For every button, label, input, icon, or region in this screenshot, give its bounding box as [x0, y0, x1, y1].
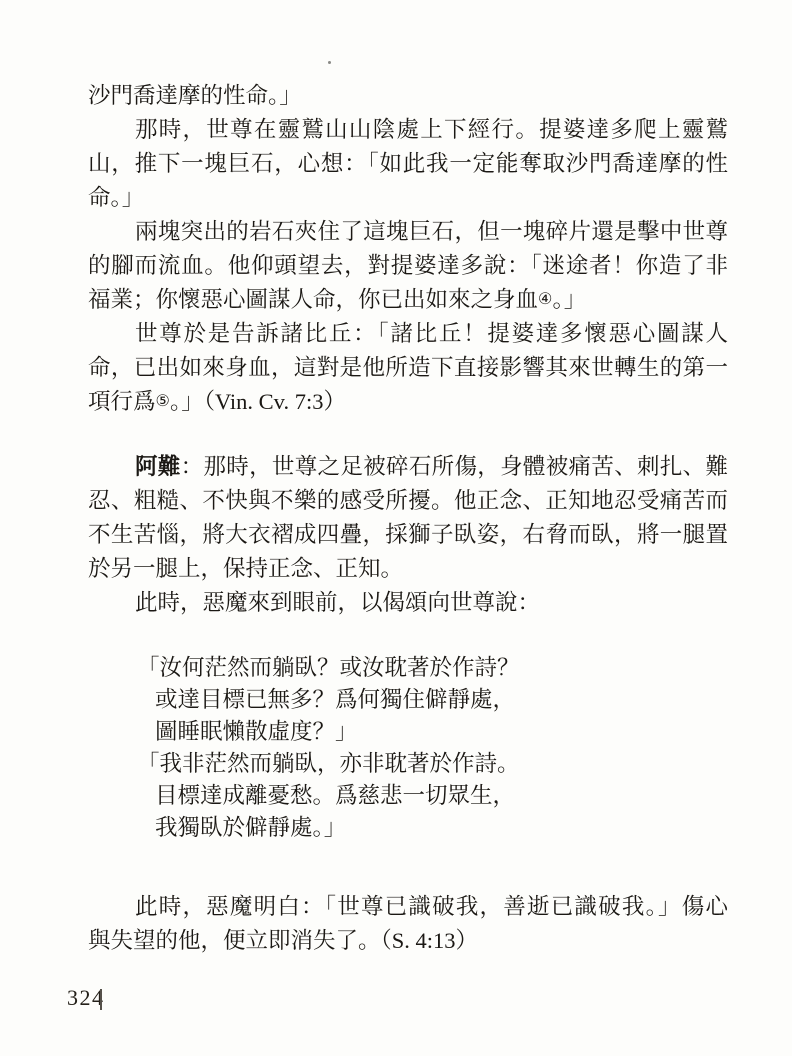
text-line: 與失望的他，便立即消失了。（S. 4:13）	[88, 924, 728, 958]
page-number-rule	[100, 989, 102, 1010]
book-page: 沙門喬達摩的性命。」那時，世尊在靈鷲山山陰處上下經行。提婆達多爬上靈鷲山，推下一…	[0, 0, 792, 1056]
text-line: 命。」	[88, 181, 728, 215]
text-line: 項行爲⑤。」（Vin. Cv. 7:3）	[88, 385, 728, 419]
blank-gap	[88, 419, 728, 450]
blank-gap	[88, 620, 728, 652]
text-line: 山，推下一塊巨石，心想：「如此我一定能奪取沙門喬達摩的性	[88, 147, 728, 181]
verse-line: 或達目標已無多？爲何獨住僻靜處，	[88, 684, 728, 716]
text-line: 沙門喬達摩的性命。」	[88, 79, 728, 113]
text-line: 福業；你懷惡心圖謀人命，你已出如來之身血④。」	[88, 283, 728, 317]
text-line: 世尊於是告訴諸比丘：「諸比丘！提婆達多懷惡心圖謀人	[88, 317, 728, 351]
text-line: 忍、粗糙、不快與不樂的感受所擾。他正念、正知地忍受痛苦而	[88, 484, 728, 518]
text-line: 兩塊突出的岩石夾住了這塊巨石，但一塊碎片還是擊中世尊	[88, 215, 728, 249]
footnote-ref: ⑤	[156, 392, 171, 410]
verse-line: 「我非茫然而躺臥，亦非耽著於作詩。	[88, 748, 728, 780]
scan-speck	[328, 61, 331, 64]
text-line: 阿難：那時，世尊之足被碎石所傷，身體被痛苦、刺扎、難	[88, 450, 728, 484]
text-line: 命，已出如來身血，這對是他所造下直接影響其來世轉生的第一	[88, 351, 728, 385]
blank-gap	[88, 844, 728, 890]
text-line: 此時，惡魔明白：「世尊已識破我，善逝已識破我。」傷心	[88, 890, 728, 924]
text-line: 此時，惡魔來到眼前，以偈頌向世尊說：	[88, 586, 728, 620]
verse-line: 圖睡眠懶散虛度？」	[88, 716, 728, 748]
page-number: 324	[67, 985, 105, 1011]
verse-line: 「汝何茫然而躺臥？或汝耽著於作詩？	[88, 652, 728, 684]
verse-line: 我獨臥於僻靜處。」	[88, 812, 728, 844]
text-line: 於另一腿上，保持正念、正知。	[88, 552, 728, 586]
footnote-ref: ④	[538, 290, 553, 308]
verse-line: 目標達成離憂愁。爲慈悲一切眾生，	[88, 780, 728, 812]
speaker-name: 阿難	[135, 454, 181, 479]
page-text: 沙門喬達摩的性命。」那時，世尊在靈鷲山山陰處上下經行。提婆達多爬上靈鷲山，推下一…	[88, 79, 728, 958]
text-line: 不生苦惱，將大衣褶成四疊，採獅子臥姿，右脅而臥，將一腿置	[88, 518, 728, 552]
text-line: 那時，世尊在靈鷲山山陰處上下經行。提婆達多爬上靈鷲	[88, 113, 728, 147]
text-line: 的腳而流血。他仰頭望去，對提婆達多說：「迷途者！你造了非	[88, 249, 728, 283]
